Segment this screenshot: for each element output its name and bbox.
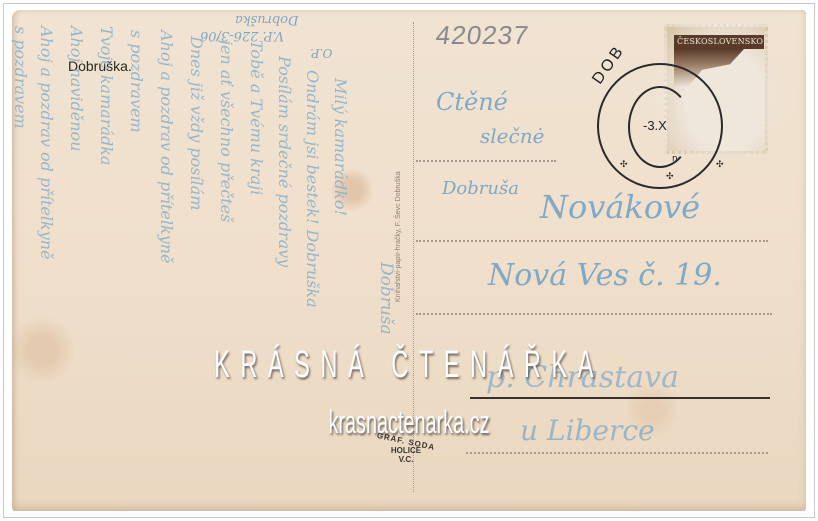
upside-header-2: V.P. 226-3/06 [200, 28, 284, 43]
address-sender-note: Dobruša [442, 178, 519, 199]
address-line [416, 240, 768, 242]
postmark-star-icon: ✣ [666, 172, 674, 182]
message-line: Posílám srdečné pozdravy [275, 56, 294, 267]
message-line: jen ať všechno přečteš [217, 40, 236, 222]
postmark-star-icon: ✣ [620, 160, 628, 170]
address-line [416, 313, 772, 315]
postmark-date: -3.X [643, 118, 667, 133]
message-line: Milý kamarádko! [331, 78, 350, 216]
photographer-stamp: GRAF. SODA HOLICE V.C. [370, 437, 442, 464]
watermark-title: KRÁSNÁ ČTENÁŘKA [155, 344, 662, 387]
address-title: slečnė [480, 124, 544, 148]
message-line: s pozdravem [127, 30, 146, 133]
message-line: Ahoj a pozdrav od přítelkyně [157, 30, 176, 264]
archive-number: 420237 [434, 20, 531, 51]
message-line: Ahoj naviděnou [67, 26, 86, 152]
address-line [466, 452, 768, 454]
address-name: Novákové [540, 188, 700, 226]
address-salutation: Ctěné [436, 88, 508, 116]
upside-header-1: Dobruška [235, 12, 298, 27]
stamp-country: ČESKOSLOVENSKO [674, 35, 764, 49]
postmark-star-icon: ✣ [716, 160, 724, 170]
address-line-underline [470, 397, 770, 399]
message-line: Ondrám jsi bestek! Dobruška [303, 70, 322, 308]
message-signature: Dobruša [376, 262, 396, 335]
message-line: Tvoje kamarádka [97, 26, 116, 165]
message-line: Dnes již vždy posílám [187, 36, 206, 210]
publisher-imprint: Knihařství-papír-hračky, F. Ševc Dobrušk… [395, 171, 402, 302]
upside-header-3: O.P. [310, 46, 332, 60]
watermark-url: krasnactenarka.cz [155, 404, 662, 441]
message-line: Tobě a Tvému kraji [247, 40, 266, 195]
address-street: Nová Ves č. 19. [488, 258, 722, 293]
postmark-code: n [672, 154, 678, 164]
message-line: s pozdravem [11, 26, 30, 129]
message-line: Ahoj a pozdrav od přítelkyně [37, 26, 56, 260]
address-line [416, 160, 556, 162]
photographer-stamp-abbr: V.C. [370, 455, 442, 464]
